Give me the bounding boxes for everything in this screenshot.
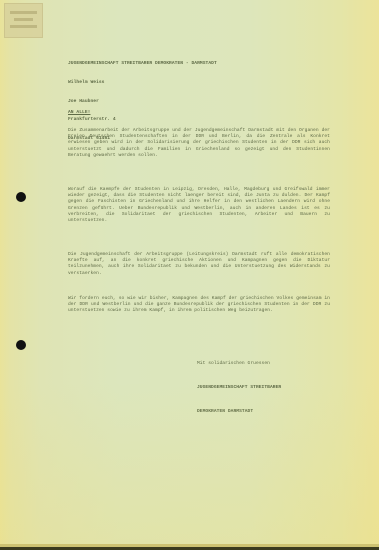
closing-org: JUGENDGEMEINSCHAFT STREITBARER	[197, 384, 281, 392]
sender-line: Frankfurterstr. 4	[68, 117, 217, 123]
punch-hole-top	[16, 192, 26, 202]
archive-stamp	[4, 3, 43, 38]
subject-line: AN ALLE!	[68, 110, 90, 116]
sender-line: Wilhelm Weiss	[68, 80, 217, 86]
document-page: JUGENDGEMEINSCHAFT STREITBARER DEMOKRATE…	[0, 0, 379, 547]
sender-org: JUGENDGEMEINSCHAFT STREITBARER DEMOKRATE…	[68, 61, 217, 67]
sender-line: Joe Haubner	[68, 99, 217, 105]
body-paragraph: Wir fordern euch, so wie wir bisher, Kam…	[68, 296, 330, 315]
body-paragraph: Die Zusammenarbeit der Arbeitsgruppe und…	[68, 128, 330, 159]
body-paragraph: Die Jugendgemeinschaft der Arbeitsgruppe…	[68, 252, 330, 277]
closing-signature: Mit solidarischen Gruessen JUGENDGEMEINS…	[197, 344, 281, 432]
body-paragraph: Worauf die Kaempfe der Studenten in Leip…	[68, 187, 330, 224]
punch-hole-bottom	[16, 340, 26, 350]
closing-greeting: Mit solidarischen Gruessen	[197, 360, 281, 368]
closing-org: DEMOKRATEN DARMSTADT	[197, 408, 281, 416]
